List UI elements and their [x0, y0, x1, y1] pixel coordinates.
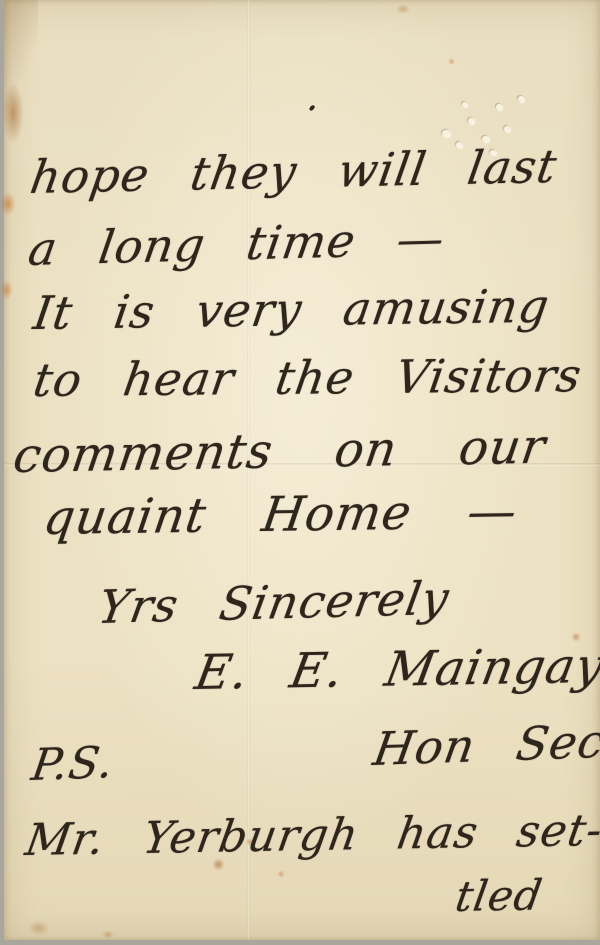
foxing-spot: [2, 82, 24, 144]
paper-corner-wear: [4, 0, 38, 130]
scanned-letter: hope they will last a long time — It is …: [0, 0, 600, 945]
foxing-spot: [0, 192, 16, 216]
emboss-dot: [504, 126, 510, 132]
letter-paper: hope they will last a long time — It is …: [4, 0, 600, 940]
letter-line: hope they will last: [27, 139, 561, 204]
foxing-spot: [102, 930, 114, 939]
letter-line: quaint Home —: [40, 483, 521, 546]
signature-title: Hon Sec: [370, 714, 600, 776]
foxing-spot: [277, 870, 285, 878]
emboss-dot: [442, 130, 450, 137]
foxing-spot: [396, 4, 410, 14]
postscript-label: P.S.: [28, 737, 117, 791]
foxing-spot: [448, 58, 455, 65]
emboss-dot: [518, 96, 524, 102]
emboss-dot: [462, 102, 467, 107]
ink-fleck: [309, 104, 315, 111]
postscript-line: tled: [452, 871, 546, 921]
letter-line: comments on our: [10, 419, 549, 484]
foxing-spot: [28, 920, 50, 936]
signature: E. E. Maingay: [191, 638, 600, 701]
emboss-dot: [468, 118, 474, 124]
postscript-line: Mr. Yerburgh has set-: [22, 805, 600, 866]
emboss-dot: [496, 104, 502, 110]
letter-line: to hear the Visitors: [30, 348, 586, 407]
closing-line: Yrs Sincerely: [94, 571, 453, 634]
foxing-spot: [0, 280, 13, 300]
letter-line: a long time —: [25, 211, 449, 276]
letter-line: It is very amusing: [30, 279, 553, 340]
